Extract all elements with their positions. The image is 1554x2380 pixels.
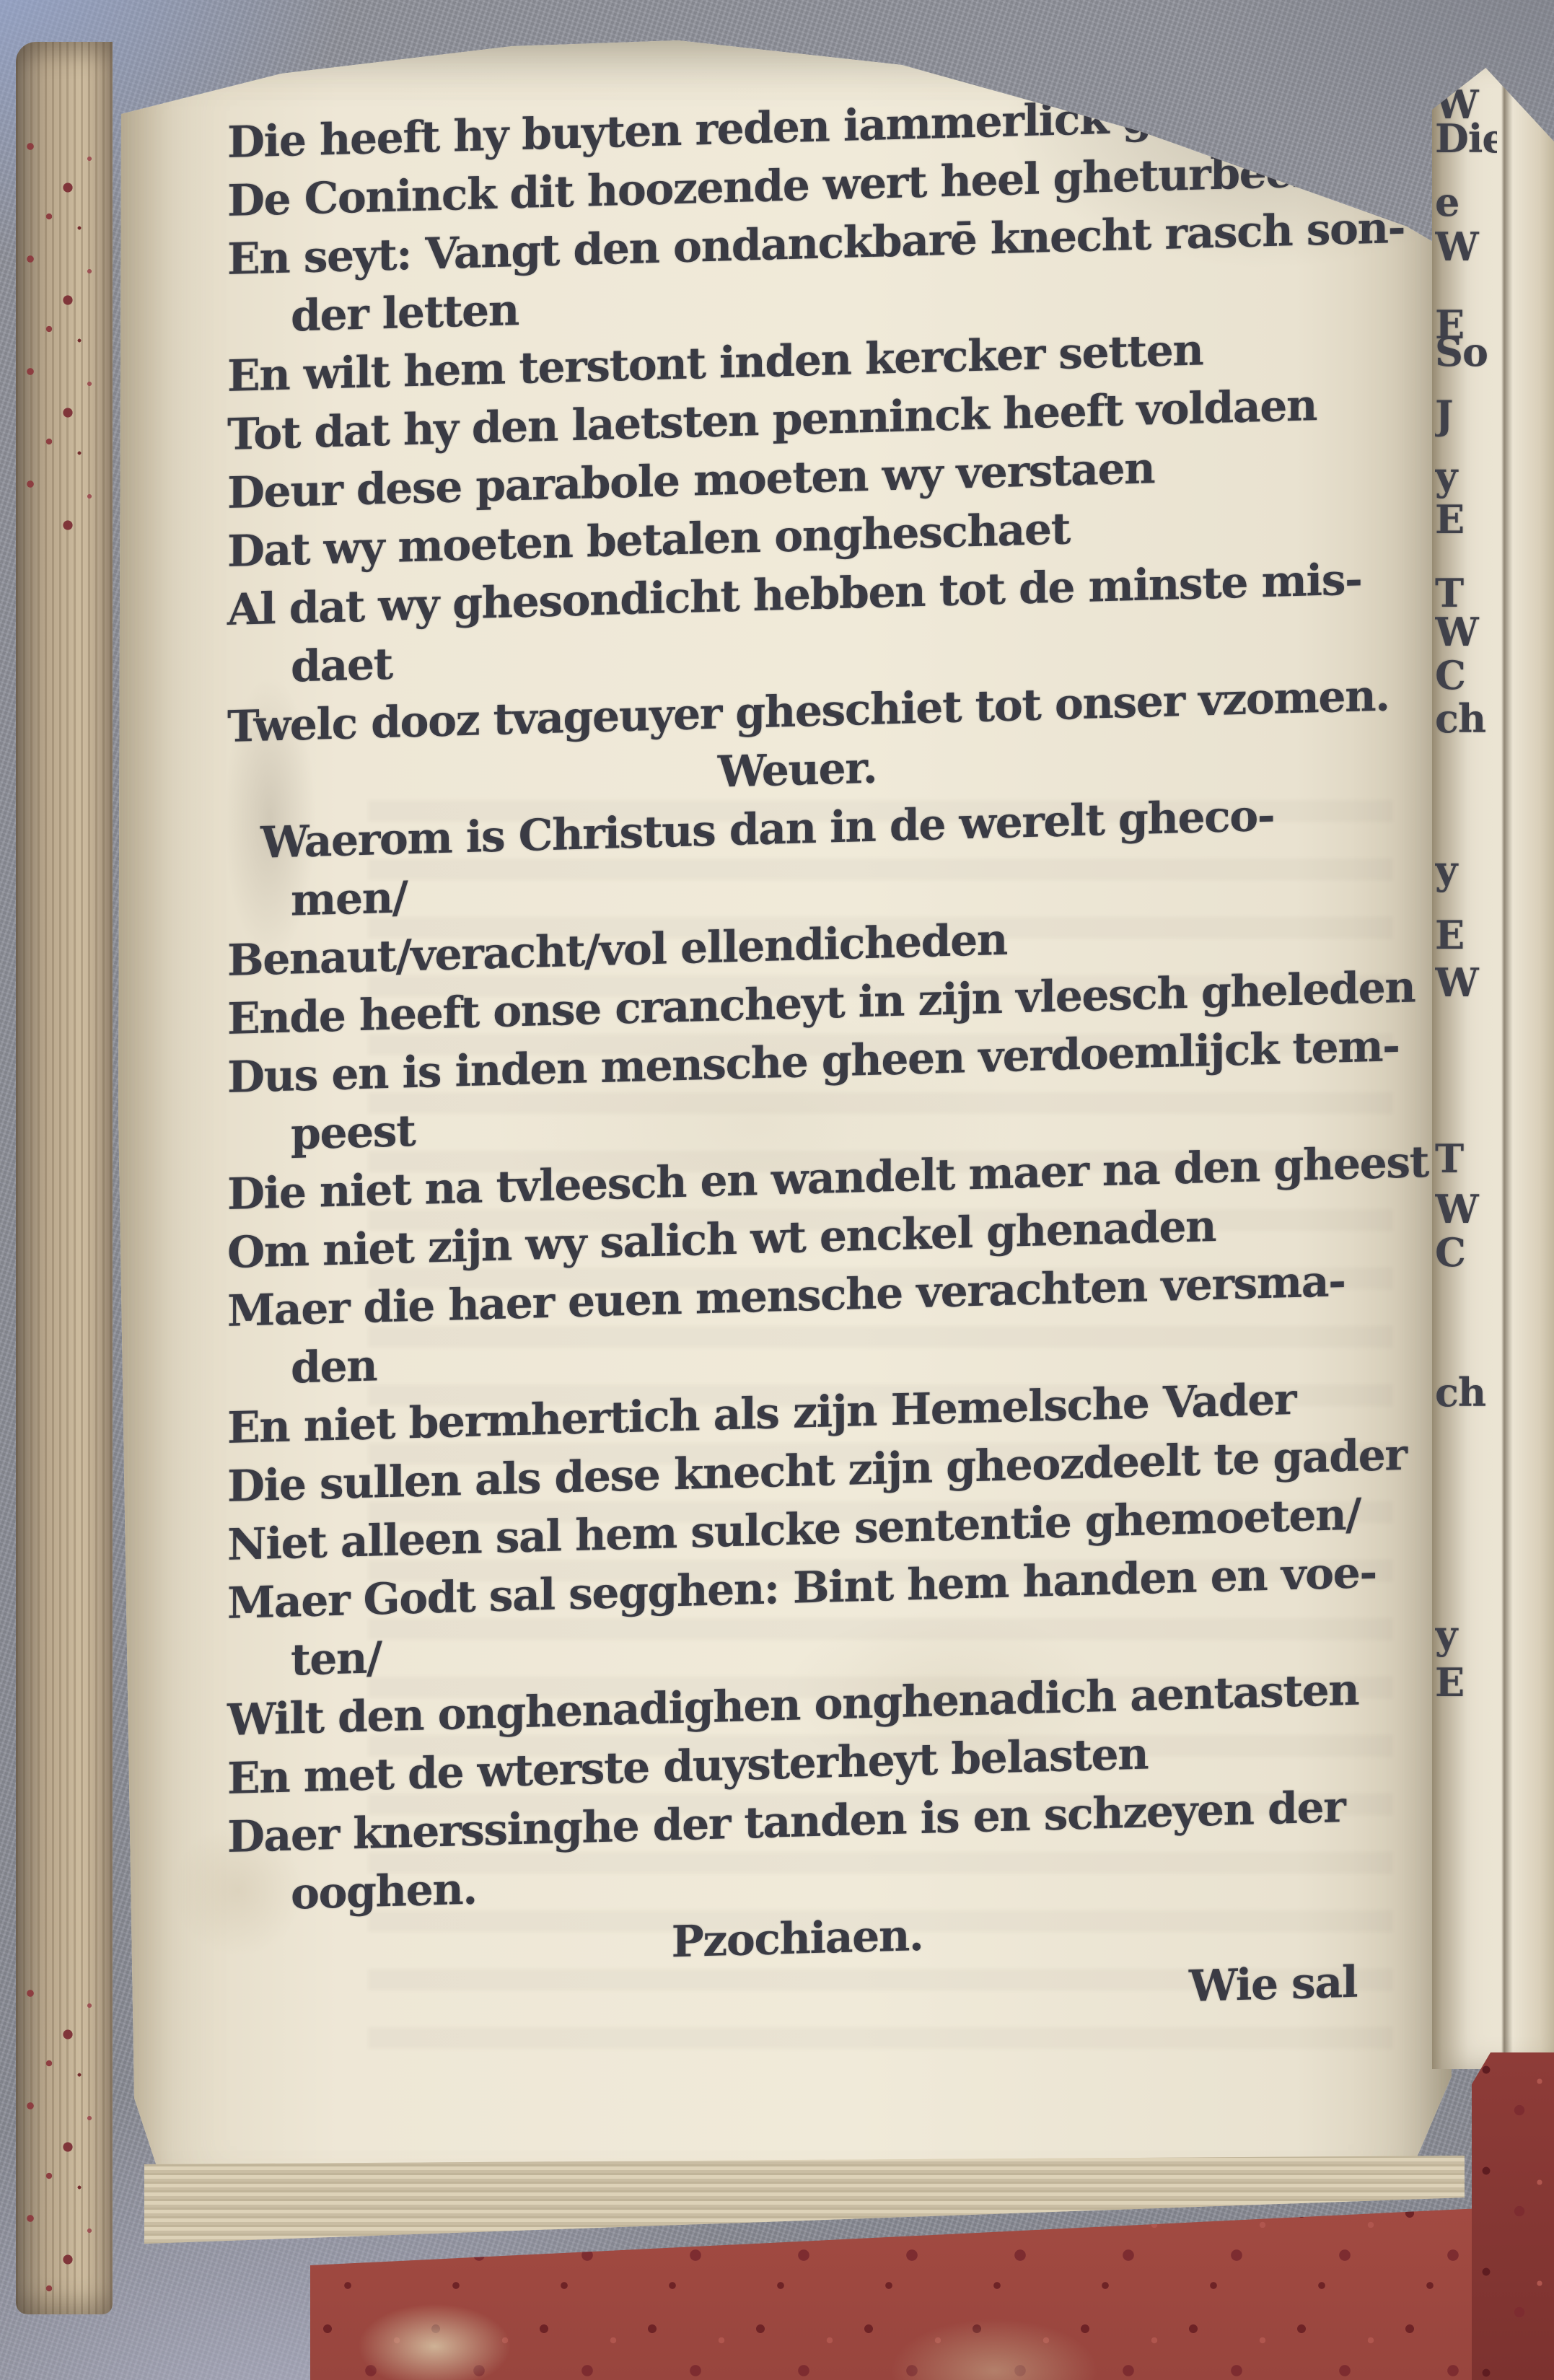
clipped-text-fragment: y	[1435, 1612, 1497, 1658]
facing-page-edge: WDieeWESoJyETWCchyEWTWCchyE	[1432, 56, 1554, 2069]
open-book-photo: Die heeft hy buyten reden iammerlick ghe…	[0, 0, 1554, 2380]
clipped-text-fragment: E	[1435, 912, 1497, 958]
clipped-text-fragment: e	[1435, 179, 1497, 225]
clipped-text-fragment: ch	[1435, 1369, 1497, 1415]
clipped-text-fragment: So	[1435, 329, 1497, 375]
clipped-text-fragment: J	[1435, 392, 1497, 438]
clipped-text-fragment: W	[1435, 224, 1497, 270]
clipped-text-fragment: W	[1435, 609, 1497, 655]
clipped-text-fragment: T	[1435, 1136, 1497, 1182]
clipped-text-fragment: y	[1435, 453, 1497, 499]
marbled-cover-left-edge	[16, 42, 113, 2314]
marble-speckle-top	[16, 128, 113, 532]
clipped-text-fragment: W	[1435, 960, 1497, 1006]
book-page: Die heeft hy buyten reden iammerlick ghe…	[108, 29, 1457, 2222]
clipped-text-fragment: ch	[1435, 695, 1497, 742]
marble-speckle-bottom	[16, 1975, 113, 2293]
pencil-folio-number: 20	[1366, 107, 1413, 150]
clipped-text-fragment: Die	[1435, 115, 1497, 162]
clipped-text-fragment: E	[1435, 496, 1497, 543]
poem-text-block: Die heeft hy buyten reden iammerlick ghe…	[227, 83, 1367, 2042]
clipped-text-fragment: C	[1435, 1229, 1497, 1275]
marbled-cover-bottom-right	[1472, 2052, 1554, 2380]
clipped-text-fragment: E	[1435, 1659, 1497, 1705]
clipped-text-fragment: W	[1435, 1186, 1497, 1232]
clipped-text-fragment: y	[1435, 847, 1497, 893]
clipped-text-fragment: C	[1435, 652, 1497, 698]
